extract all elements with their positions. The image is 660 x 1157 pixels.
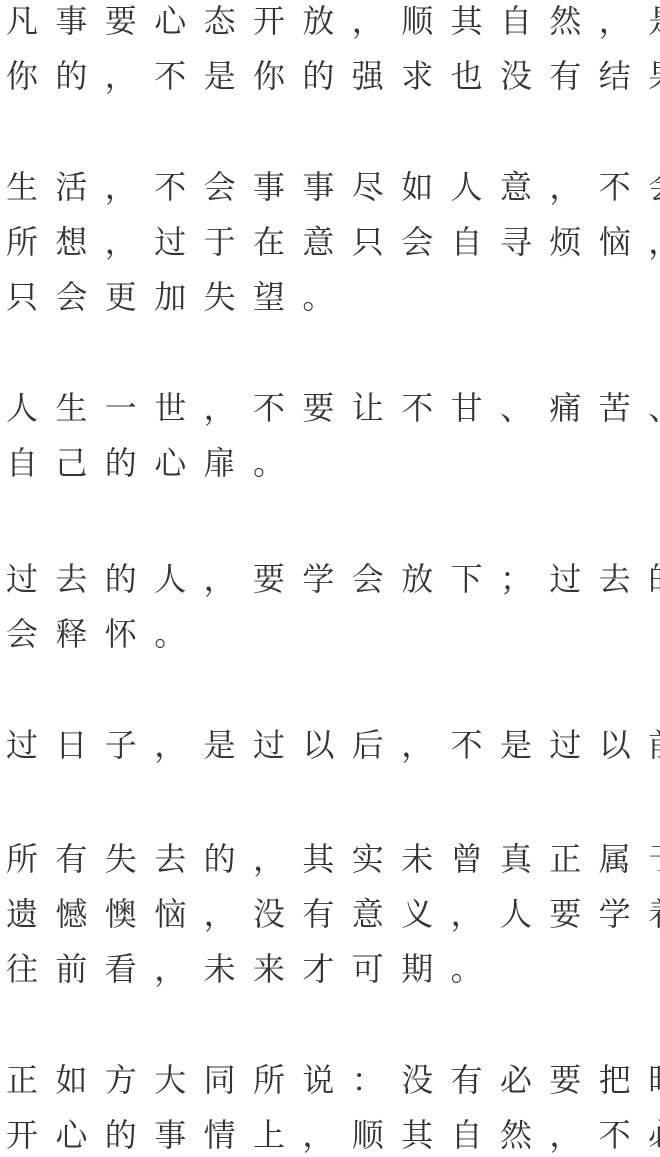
text-line: 往前看，未来才可期。 — [6, 942, 660, 997]
text-line: 凡事要心态开放，顺其自然，是你的就是 — [6, 0, 660, 49]
paragraph-4: 过去的人，要学会放下；过去的事，要学 会释怀。 — [6, 552, 660, 662]
text-line: 所有失去的，其实未曾真正属于你，为此 — [6, 832, 660, 887]
paragraph-5: 过日子，是过以后，不是过以前。 — [6, 718, 660, 773]
text-line: 自己的心扉。 — [6, 436, 660, 491]
text-line: 过去的人，要学会放下；过去的事，要学 — [6, 552, 660, 607]
text-line: 所想，过于在意只会自寻烦恼，过于执着 — [6, 215, 660, 270]
text-line: 遗憾懊恼，没有意义，人要学着往前走， — [6, 887, 660, 942]
paragraph-1: 凡事要心态开放，顺其自然，是你的就是 你的，不是你的强求也没有结果。 — [6, 0, 660, 104]
paragraph-2: 生活，不会事事尽如人意，不会人人如你 所想，过于在意只会自寻烦恼，过于执着 只会… — [6, 160, 660, 325]
paragraph-3: 人生一世，不要让不甘、痛苦、无奈充满 自己的心扉。 — [6, 381, 660, 491]
text-line: 生活，不会事事尽如人意，不会人人如你 — [6, 160, 660, 215]
paragraph-7: 正如方大同所说：没有必要把时间花在不 开心的事情上，顺其自然，不必烦恼。 — [6, 1053, 660, 1157]
text-line: 开心的事情上，顺其自然，不必烦恼。 — [6, 1108, 660, 1157]
paragraph-6: 所有失去的，其实未曾真正属于你，为此 遗憾懊恼，没有意义，人要学着往前走， 往前… — [6, 832, 660, 997]
text-line: 过日子，是过以后，不是过以前。 — [6, 718, 660, 773]
text-line: 只会更加失望。 — [6, 270, 660, 325]
text-line: 你的，不是你的强求也没有结果。 — [6, 49, 660, 104]
text-line: 会释怀。 — [6, 607, 660, 662]
text-line: 人生一世，不要让不甘、痛苦、无奈充满 — [6, 381, 660, 436]
text-line: 正如方大同所说：没有必要把时间花在不 — [6, 1053, 660, 1108]
